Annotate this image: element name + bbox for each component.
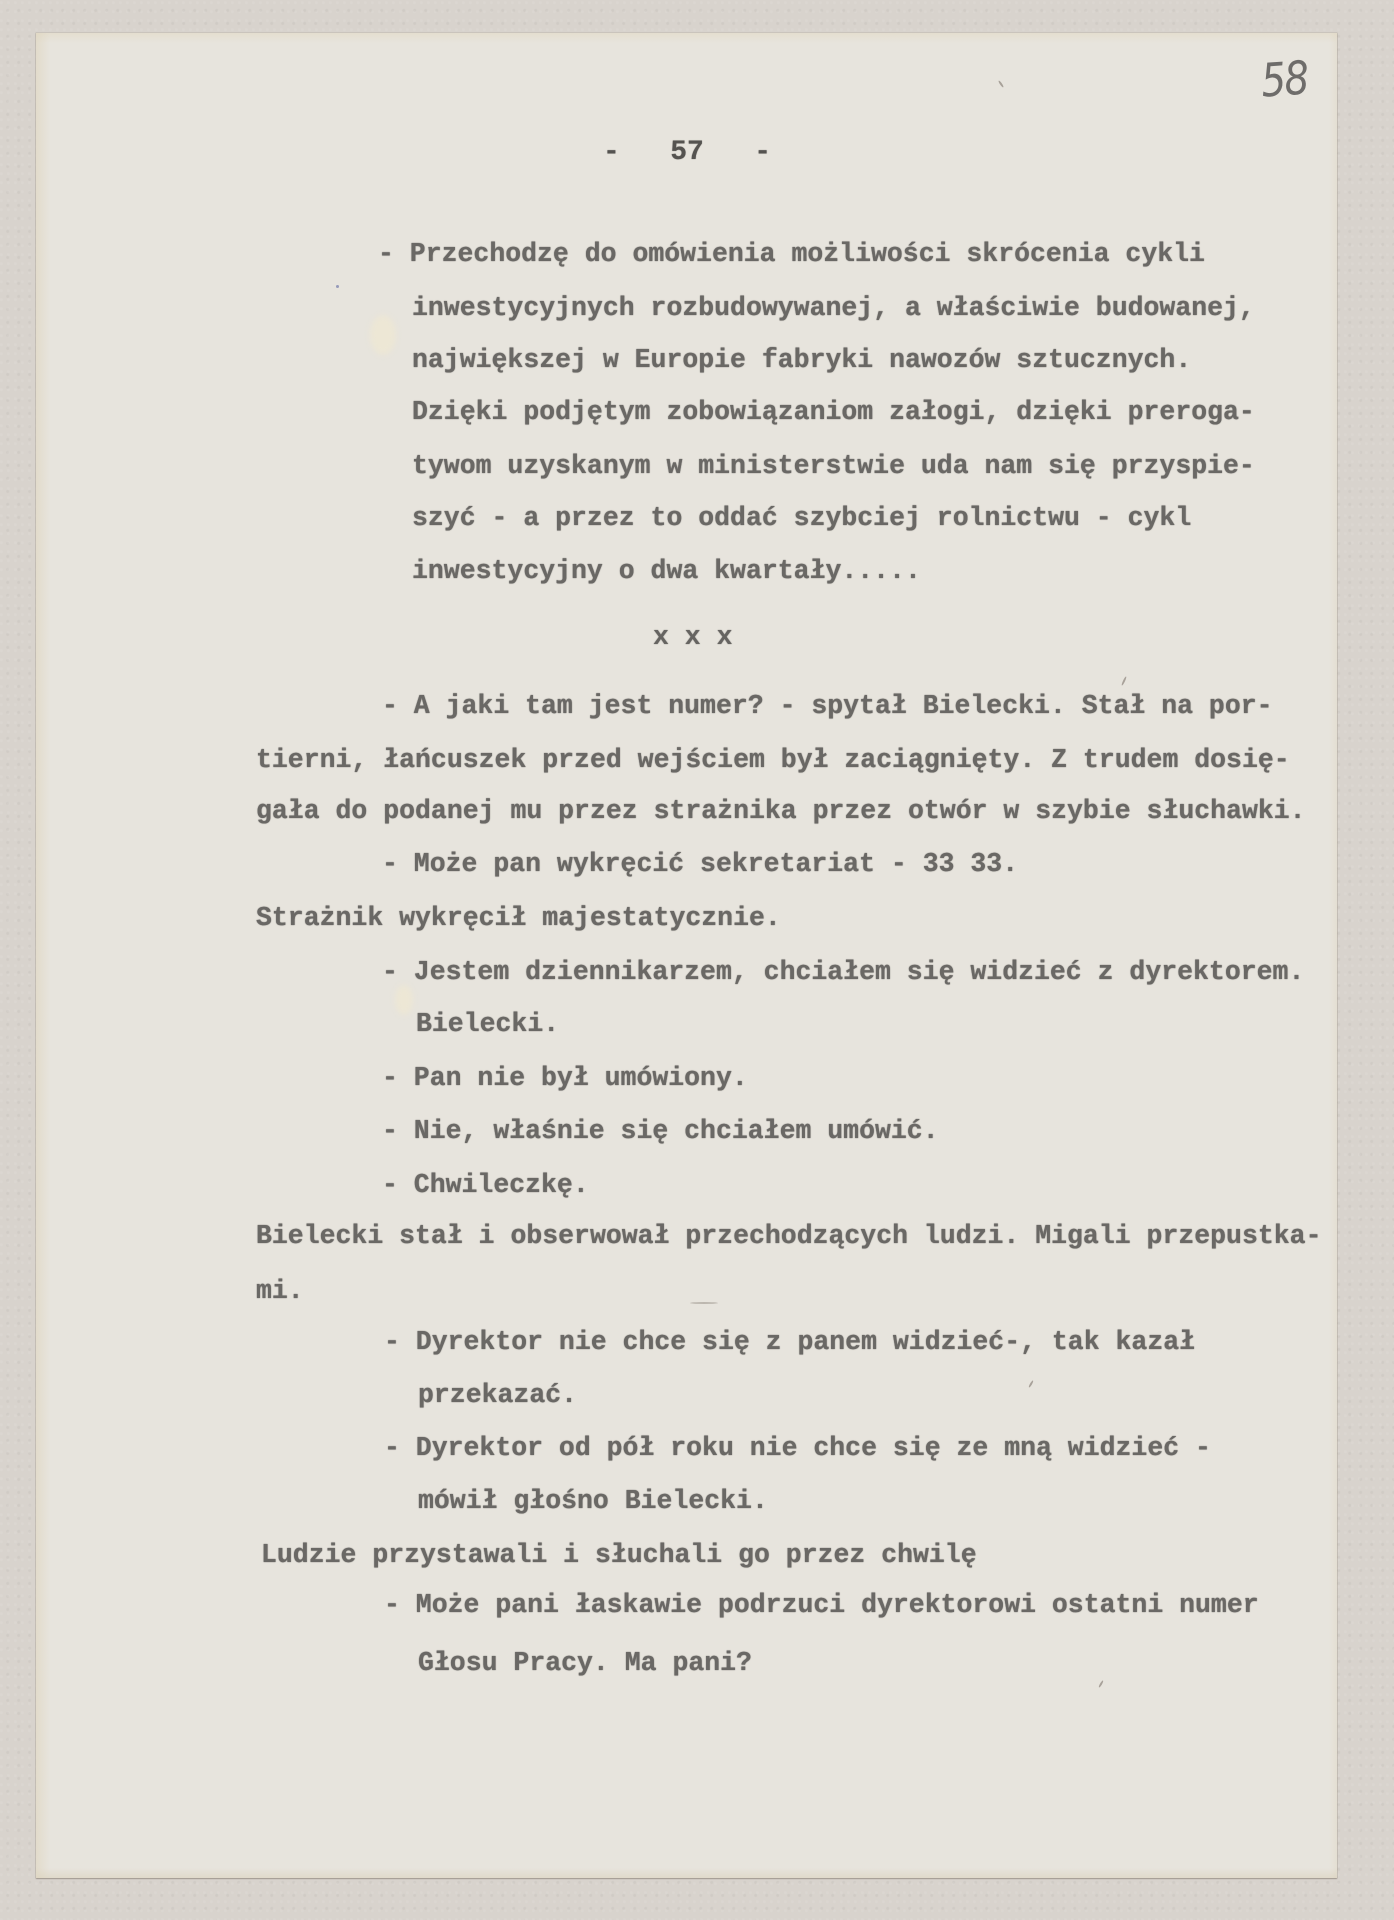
- text-line: szyć - a przez to oddać szybciej rolnict…: [412, 503, 1191, 533]
- text-line: - Dyrektor nie chce się z panem widzieć-…: [384, 1327, 1195, 1357]
- text-line: przekazać.: [418, 1380, 577, 1410]
- text-line: - Może pan wykręcić sekretariat - 33 33.: [382, 849, 1018, 879]
- text-line: mówił głośno Bielecki.: [418, 1486, 768, 1516]
- text-line: tierni, łańcuszek przed wejściem był zac…: [256, 745, 1290, 775]
- text-line: Bielecki stał i obserwował przechodzącyc…: [256, 1221, 1321, 1251]
- text-line: gała do podanej mu przez strażnika przez…: [256, 796, 1306, 826]
- handwritten-archive-number: 58: [1259, 50, 1309, 107]
- ink-speck: [336, 285, 339, 288]
- page-number: - 57 -: [603, 137, 771, 168]
- text-line: Dzięki podjętym zobowiązaniom załogi, dz…: [412, 397, 1255, 427]
- paper-stain: [395, 985, 413, 1015]
- text-line: - Chwileczkę.: [382, 1170, 589, 1200]
- text-line: inwestycyjnych rozbudowywanej, a właściw…: [412, 293, 1255, 323]
- text-line: - A jaki tam jest numer? - spytał Bielec…: [382, 691, 1273, 721]
- text-line: Strażnik wykręcił majestatycznie.: [256, 903, 781, 933]
- text-line: - Może pani łaskawie podrzuci dyrektorow…: [384, 1590, 1259, 1620]
- text-line: największej w Europie fabryki nawozów sz…: [412, 345, 1191, 375]
- paper-stain: [370, 315, 396, 355]
- text-line: - Nie, właśnie się chciałem umówić.: [382, 1116, 939, 1146]
- text-line: - Jestem dziennikarzem, chciałem się wid…: [382, 957, 1304, 987]
- text-line: - Pan nie był umówiony.: [382, 1063, 748, 1093]
- text-line: inwestycyjny o dwa kwartały.....: [412, 556, 921, 586]
- text-line: - Przechodzę do omówienia możliwości skr…: [378, 239, 1205, 269]
- section-separator: x x x: [653, 622, 733, 652]
- text-line: tywom uzyskanym w ministerstwie uda nam …: [412, 451, 1255, 481]
- text-line: - Dyrektor od pół roku nie chce się ze m…: [384, 1433, 1211, 1463]
- text-line: Ludzie przystawali i słuchali go przez c…: [261, 1540, 977, 1570]
- text-line: mi.: [256, 1276, 304, 1306]
- text-line: Bielecki.: [416, 1009, 559, 1039]
- text-line: Głosu Pracy. Ma pani?: [418, 1648, 752, 1678]
- ink-speck: [690, 1302, 718, 1304]
